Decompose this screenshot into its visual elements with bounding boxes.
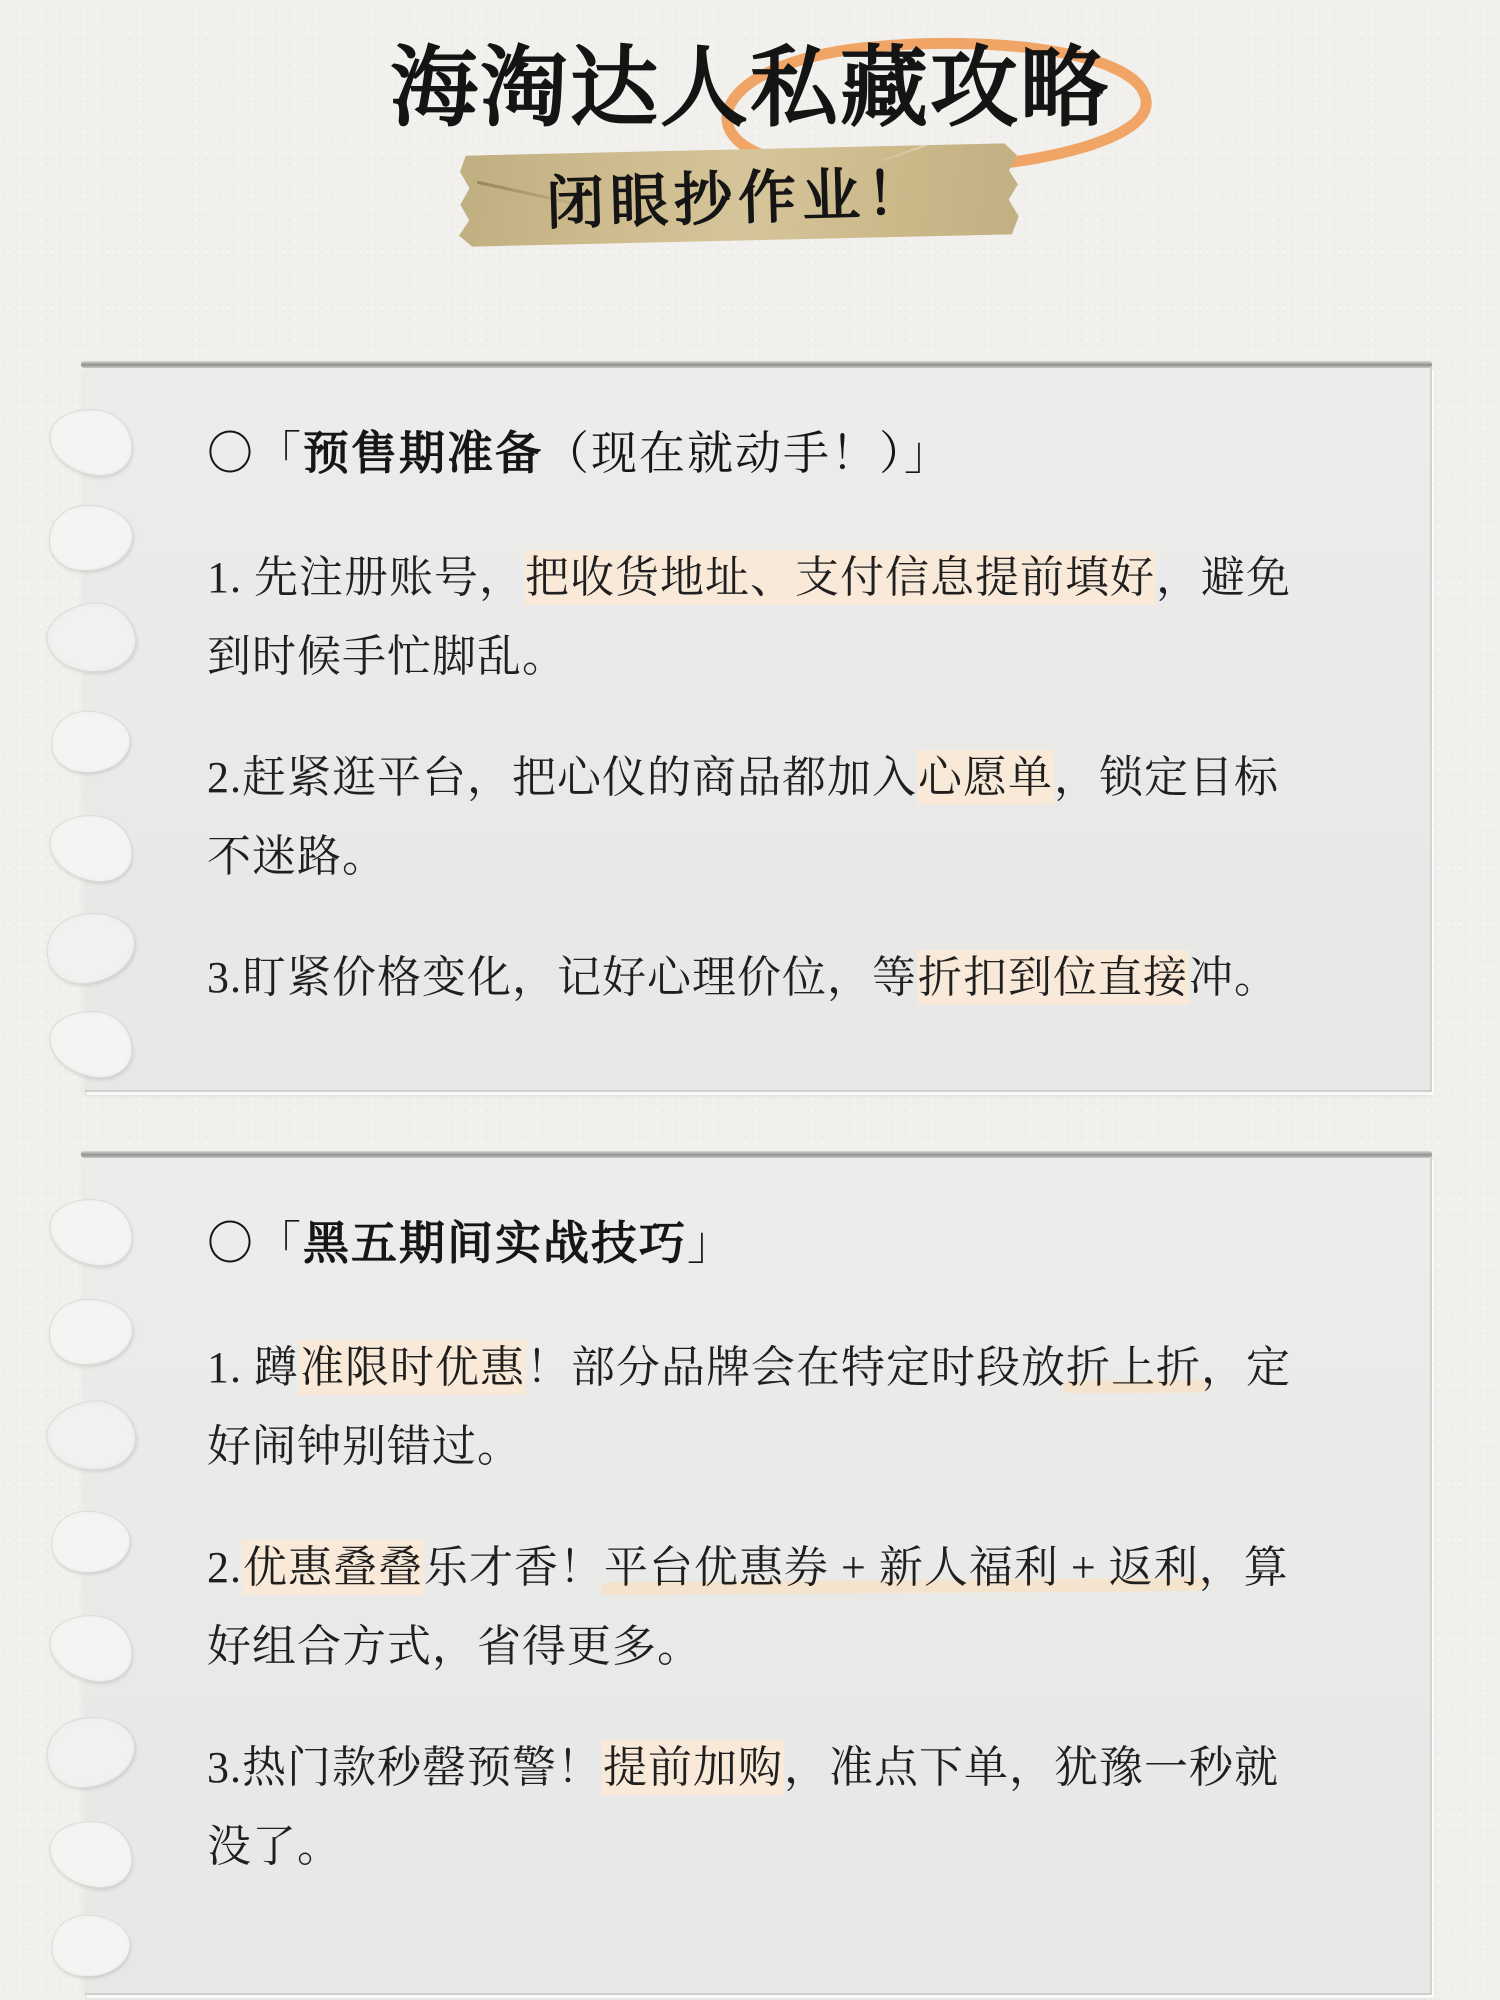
bracket: 「 (255, 1218, 303, 1269)
card-content: 〇「黑五期间实战技巧」 1. 蹲准限时优惠！部分品牌会在特定时段放折上折，定好闹… (85, 1157, 1430, 1887)
section-heading-bold: 预售期准备 (303, 428, 543, 479)
text-highlight: 准限时优惠 (299, 1340, 526, 1395)
card-content: 〇「预售期准备（现在就动手！）」 1. 先注册账号，把收货地址、支付信息提前填好… (85, 367, 1430, 1017)
text-segment: 2. (207, 1543, 242, 1592)
text-highlight: 提前加购 (602, 1740, 784, 1795)
circle-bullet: 〇 (207, 1218, 255, 1269)
list-item: 2.赶紧逛平台，把心仪的商品都加入心愿单，锁定目标不迷路。 (207, 738, 1292, 896)
note-card-presale: 〇「预售期准备（现在就动手！）」 1. 先注册账号，把收货地址、支付信息提前填好… (85, 367, 1432, 1092)
infographic-page: 海淘达人私藏攻略 闭眼抄作业！ 〇「预售期准备（现在就动手！）」 1. 先注册账… (0, 0, 1500, 2000)
section-heading-rest: （现在就动手！） (543, 428, 904, 479)
text-segment: 3.热门款秒罄预警！ (207, 1743, 602, 1792)
note-card-blackfriday: 〇「黑五期间实战技巧」 1. 蹲准限时优惠！部分品牌会在特定时段放折上折，定好闹… (85, 1157, 1432, 1995)
page-subtitle: 闭眼抄作业！ (457, 144, 1019, 244)
list-item: 3.热门款秒罄预警！提前加购，准点下单，犹豫一秒就没了。 (207, 1728, 1292, 1886)
text-highlight: 折扣到位直接 (917, 950, 1189, 1005)
circle-bullet: 〇 (207, 428, 255, 479)
wavy-underline-text: 折上折 (1066, 1343, 1201, 1392)
section-heading: 〇「黑五期间实战技巧」 (207, 1215, 1292, 1273)
text-segment: 1. 蹲 (207, 1343, 299, 1392)
list-item: 3.盯紧价格变化，记好心理价位，等折扣到位直接冲。 (207, 938, 1292, 1017)
header: 海淘达人私藏攻略 闭眼抄作业！ (0, 0, 1500, 139)
text-segment: 1. 先注册账号， (207, 553, 524, 602)
text-segment: 2.赶紧逛平台，把心仪的商品都加入 (207, 753, 917, 802)
section-heading: 〇「预售期准备（现在就动手！）」 (207, 425, 1292, 483)
torn-tab (50, 1913, 132, 1979)
text-highlight: 心愿单 (917, 750, 1054, 805)
subtitle-tape: 闭眼抄作业！ (457, 140, 1019, 250)
text-segment: 乐才香！ (424, 1543, 604, 1592)
text-highlight: 把收货地址、支付信息提前填好 (524, 550, 1156, 605)
bracket: 「 (255, 428, 303, 479)
torn-tab (45, 1006, 136, 1082)
section-heading-bold: 黑五期间实战技巧 (303, 1218, 687, 1269)
text-segment: 3.盯紧价格变化，记好心理价位，等 (207, 953, 917, 1002)
list-item: 1. 先注册账号，把收货地址、支付信息提前填好，避免到时候手忙脚乱。 (207, 538, 1292, 696)
bracket: 」 (687, 1218, 735, 1269)
text-segment: ！部分品牌会在特定时段放 (526, 1343, 1066, 1392)
text-segment: 冲。 (1189, 953, 1279, 1002)
wavy-underline-text: 平台优惠券 + 新人福利 + 返利 (604, 1543, 1199, 1592)
text-highlight: 优惠叠叠 (242, 1540, 424, 1595)
bracket: 」 (904, 428, 952, 479)
list-item: 2.优惠叠叠乐才香！平台优惠券 + 新人福利 + 返利，算好组合方式，省得更多。 (207, 1528, 1292, 1686)
list-item: 1. 蹲准限时优惠！部分品牌会在特定时段放折上折，定好闹钟别错过。 (207, 1328, 1292, 1486)
page-title: 海淘达人私藏攻略 (0, 0, 1500, 139)
